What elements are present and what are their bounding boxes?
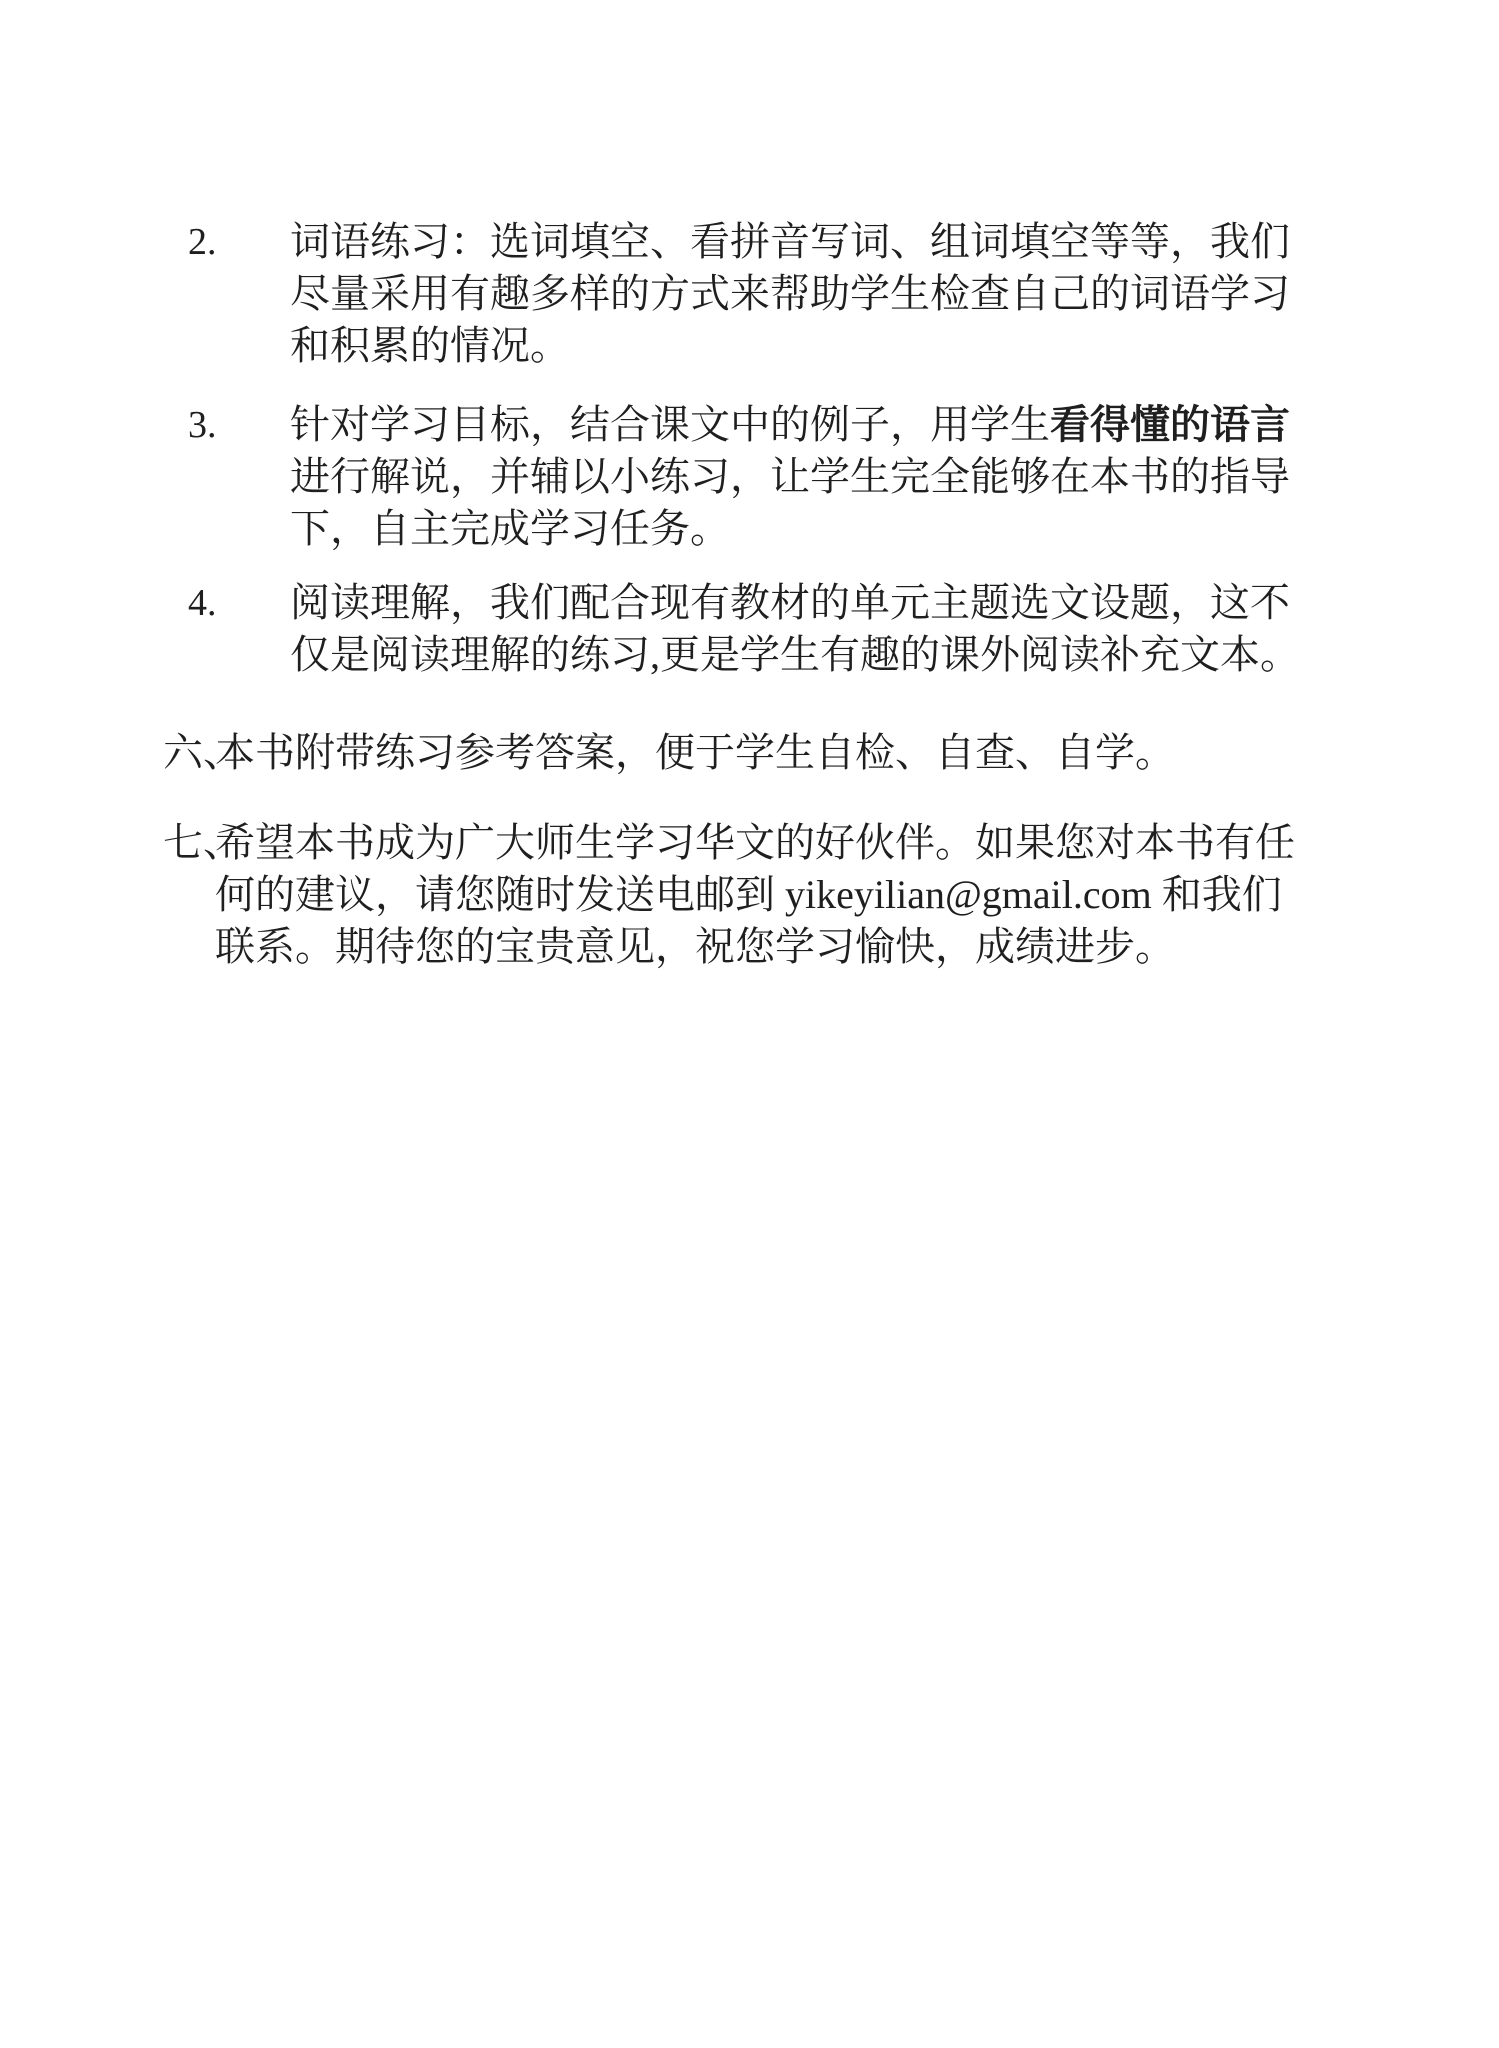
- text-line: 本书附带练习参考答案，便于学生自检、自查、自学。: [215, 727, 1259, 779]
- text-segment: 何的建议，请您随时发送电邮到: [215, 872, 785, 917]
- list-item-text: 阅读理解，我们配合现有教材的单元主题选文设题，这不 仅是阅读理解的练习,更是学生…: [290, 577, 1259, 681]
- text-line: 阅读理解，我们配合现有教材的单元主题选文设题，这不: [290, 577, 1259, 629]
- section-seven: 七、 希望本书成为广大师生学习华文的好伙伴。如果您对本书有任 何的建议，请您随时…: [0, 817, 1499, 973]
- list-item-text: 针对学习目标，结合课文中的例子，用学生看得懂的语言 进行解说，并辅以小练习，让学…: [290, 399, 1259, 555]
- text-line: 下，自主完成学习任务。: [290, 503, 1259, 555]
- bold-phrase: 看得懂的语言: [1050, 403, 1290, 447]
- list-item-number: 3.: [188, 399, 290, 555]
- text-line: 希望本书成为广大师生学习华文的好伙伴。如果您对本书有任: [215, 817, 1259, 869]
- document-page: 2. 词语练习：选词填空、看拼音写词、组词填空等等，我们 尽量采用有趣多样的方式…: [0, 0, 1499, 2048]
- section-label: 七、: [163, 817, 215, 973]
- text-line: 联系。期待您的宝贵意见，祝您学习愉快，成绩进步。: [215, 921, 1259, 973]
- list-item-number: 2.: [188, 216, 290, 372]
- text-line: 和积累的情况。: [290, 320, 1259, 372]
- text-line: 何的建议，请您随时发送电邮到 yikeyilian@gmail.com 和我们: [215, 869, 1259, 921]
- text-line: 词语练习：选词填空、看拼音写词、组词填空等等，我们: [290, 216, 1259, 268]
- text-line: 针对学习目标，结合课文中的例子，用学生看得懂的语言: [290, 399, 1259, 451]
- text-line: 进行解说，并辅以小练习，让学生完全能够在本书的指导: [290, 451, 1259, 503]
- list-item-2: 2. 词语练习：选词填空、看拼音写词、组词填空等等，我们 尽量采用有趣多样的方式…: [0, 216, 1499, 372]
- section-text: 本书附带练习参考答案，便于学生自检、自查、自学。: [215, 727, 1259, 779]
- list-item-4: 4. 阅读理解，我们配合现有教材的单元主题选文设题，这不 仅是阅读理解的练习,更…: [0, 577, 1499, 681]
- section-six: 六、 本书附带练习参考答案，便于学生自检、自查、自学。: [0, 727, 1499, 779]
- section-label: 六、: [163, 727, 215, 779]
- text-segment: 和我们: [1152, 872, 1282, 917]
- text-line: 仅是阅读理解的练习,更是学生有趣的课外阅读补充文本。: [290, 629, 1259, 681]
- section-text: 希望本书成为广大师生学习华文的好伙伴。如果您对本书有任 何的建议，请您随时发送电…: [215, 817, 1259, 973]
- list-item-number: 4.: [188, 577, 290, 681]
- list-item-text: 词语练习：选词填空、看拼音写词、组词填空等等，我们 尽量采用有趣多样的方式来帮助…: [290, 216, 1259, 372]
- text-line: 尽量采用有趣多样的方式来帮助学生检查自己的词语学习: [290, 268, 1259, 320]
- email-text: yikeyilian@gmail.com: [785, 872, 1152, 917]
- text-segment: 针对学习目标，结合课文中的例子，用学生: [290, 402, 1050, 447]
- list-item-3: 3. 针对学习目标，结合课文中的例子，用学生看得懂的语言 进行解说，并辅以小练习…: [0, 399, 1499, 555]
